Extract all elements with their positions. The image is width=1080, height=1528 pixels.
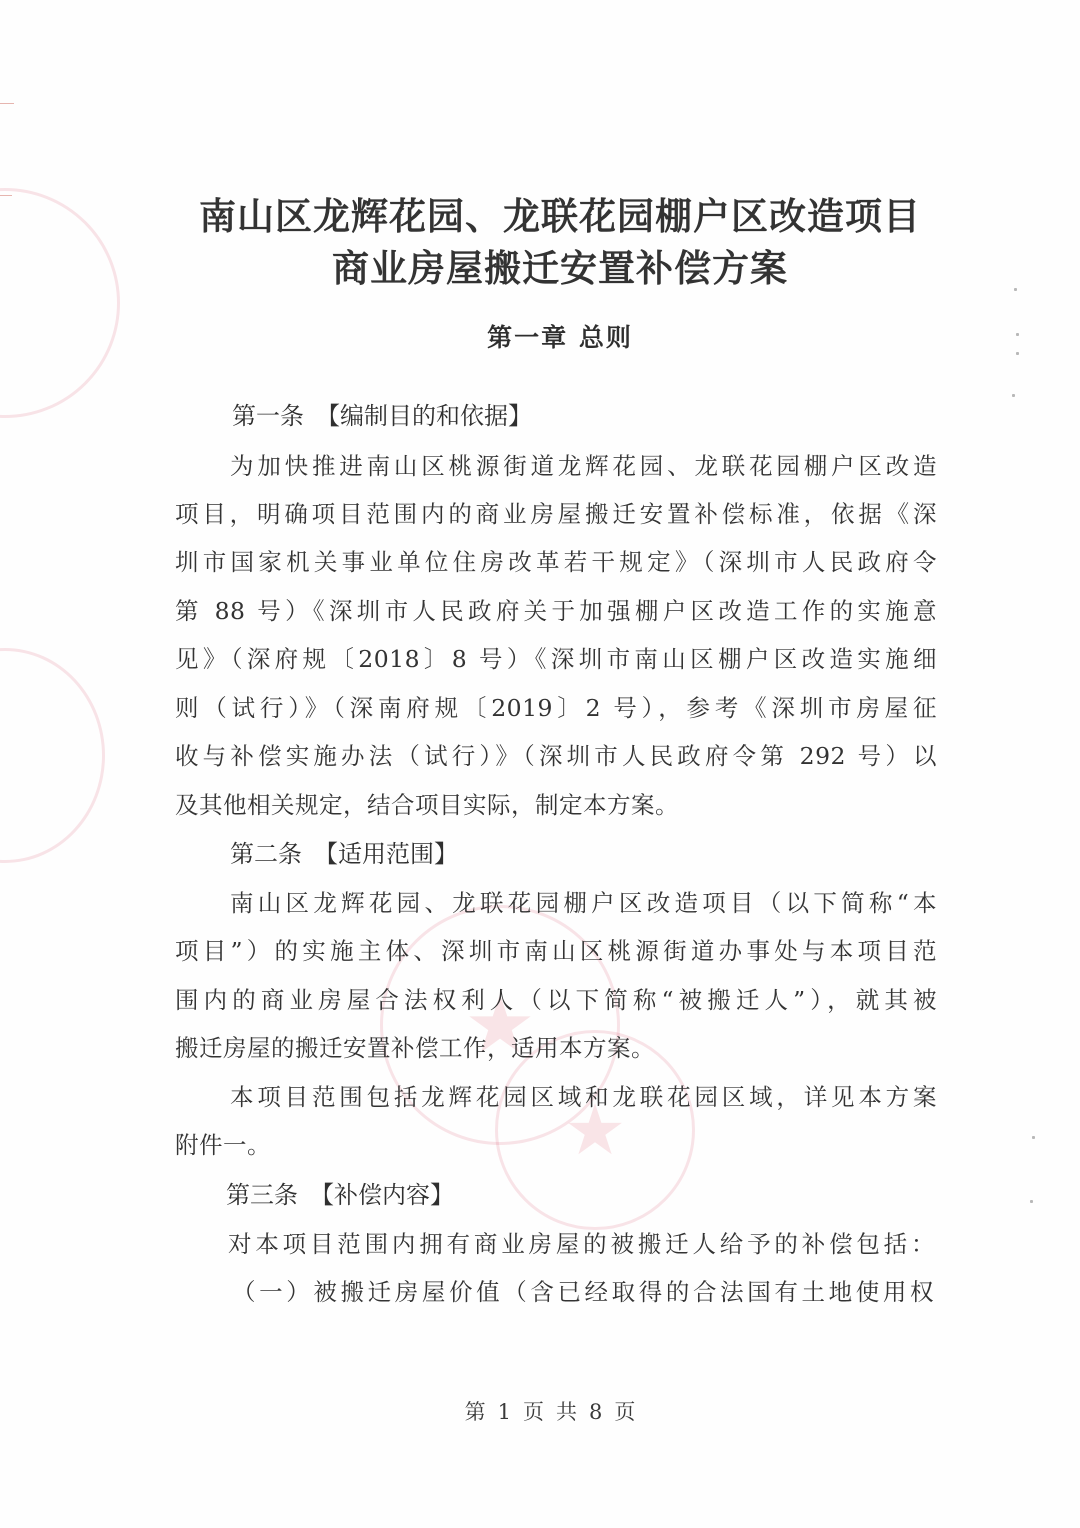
paragraph-line: 附件一。 bbox=[175, 1126, 937, 1160]
footer-suffix: 页 bbox=[614, 1400, 635, 1424]
margin-mark bbox=[0, 103, 14, 104]
article-number: 第三条 bbox=[226, 1181, 298, 1209]
current-page-number: 1 bbox=[498, 1400, 511, 1424]
paragraph-line: 则（试行）》（深南府规〔2019〕2 号），参考《深圳市房屋征 bbox=[175, 689, 937, 723]
paragraph-line: 圳市国家机关事业单位住房改革若干规定》（深圳市人民政府令 bbox=[175, 543, 937, 577]
paragraph-line: 为加快推进南山区桃源街道龙辉花园、龙联花园棚户区改造 bbox=[230, 447, 937, 481]
margin-mark bbox=[0, 195, 12, 196]
document-title-line-1: 南山区龙辉花园、龙联花园棚户区改造项目 bbox=[20, 186, 1080, 240]
article-number: 第二条 bbox=[230, 840, 302, 868]
official-seal-stamp: ★ bbox=[0, 648, 105, 863]
scan-speck bbox=[1030, 1200, 1033, 1203]
document-title-line-2: 商业房屋搬迁安置补偿方案 bbox=[20, 238, 1080, 292]
article-3-heading: 第三条【补偿内容】 bbox=[226, 1175, 454, 1210]
paragraph-line: 对本项目范围内拥有商业房屋的被搬迁人给予的补偿包括： bbox=[228, 1225, 935, 1259]
scan-speck bbox=[1012, 394, 1015, 397]
paragraph-line: （一）被搬迁房屋价值（含已经取得的合法国有土地使用权 bbox=[232, 1273, 934, 1307]
paragraph-line: 第 88 号）《深圳市人民政府关于加强棚户区改造工作的实施意 bbox=[175, 592, 937, 626]
paragraph-line: 搬迁房屋的搬迁安置补偿工作，适用本方案。 bbox=[175, 1029, 937, 1063]
article-2-heading: 第二条【适用范围】 bbox=[230, 834, 458, 869]
paragraph-line: 项目”）的实施主体、深圳市南山区桃源街道办事处与本项目范 bbox=[175, 932, 937, 966]
footer-prefix: 第 bbox=[465, 1400, 486, 1424]
article-number: 第一条 bbox=[232, 402, 304, 430]
article-title: 【适用范围】 bbox=[314, 840, 458, 868]
document-page: ★ ★ ★ ★ 南山区龙辉花园、龙联花园棚户区改造项目 商业房屋搬迁安置补偿方案… bbox=[0, 0, 1080, 1528]
article-title: 【补偿内容】 bbox=[310, 1181, 454, 1209]
paragraph-line: 及其他相关规定，结合项目实际，制定本方案。 bbox=[175, 786, 937, 820]
page-number-footer: 第1页共8页 bbox=[0, 1396, 1080, 1426]
paragraph-line: 本项目范围包括龙辉花园区域和龙联花园区域，详见本方案 bbox=[230, 1078, 937, 1112]
scan-speck bbox=[1032, 1136, 1035, 1139]
paragraph-line: 围内的商业房屋合法权利人（以下简称“被搬迁人”），就其被 bbox=[175, 981, 937, 1015]
paragraph-line: 南山区龙辉花园、龙联花园棚户区改造项目（以下简称“本 bbox=[230, 884, 937, 918]
paragraph-line: 项目，明确项目范围内的商业房屋搬迁安置补偿标准，依据《深 bbox=[175, 495, 937, 529]
star-icon: ★ bbox=[0, 263, 1, 343]
paragraph-line: 收与补偿实施办法（试行）》（深圳市人民政府令第 292 号）以 bbox=[175, 737, 937, 771]
footer-page-word: 页 bbox=[523, 1400, 544, 1424]
footer-total-word: 共 bbox=[556, 1400, 577, 1424]
paragraph-line: 见》（深府规〔2018〕8 号）《深圳市南山区棚户区改造实施细 bbox=[175, 640, 937, 674]
total-pages-number: 8 bbox=[589, 1400, 602, 1424]
article-1-heading: 第一条【编制目的和依据】 bbox=[232, 396, 532, 431]
chapter-heading: 第一章 总则 bbox=[20, 318, 1080, 354]
article-title: 【编制目的和依据】 bbox=[316, 402, 532, 430]
